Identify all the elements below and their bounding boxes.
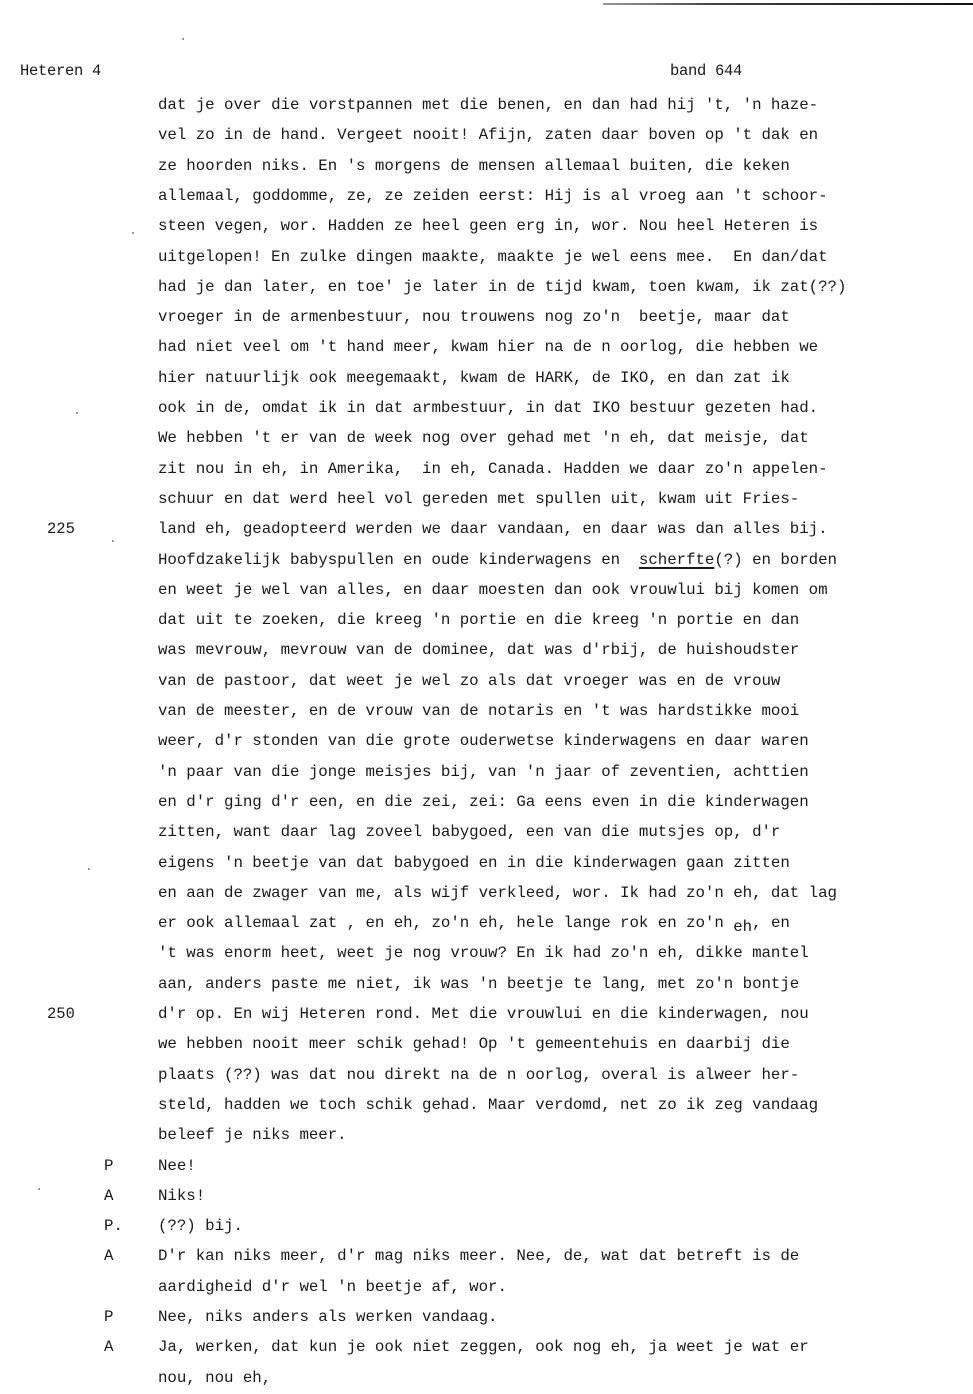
transcript-line: en aan de zwager van me, als wijf verkle… [158,883,837,903]
transcript-line: ook in de, omdat ik in dat armbestuur, i… [158,398,818,418]
transcript-line: ze hoorden niks. En 's morgens de mensen… [158,156,790,176]
transcript-line: en weet je wel van alles, en daar moeste… [158,580,828,600]
transcript-line: schuur en dat werd heel vol gereden met … [158,489,799,509]
transcript-line: had je dan later, en toe' je later in de… [158,277,846,297]
transcript-line: we hebben nooit meer schik gehad! Op 't … [158,1034,790,1054]
transcript-line: was mevrouw, mevrouw van de dominee, dat… [158,640,799,660]
scan-speck [38,1188,40,1190]
transcript-line: hier natuurlijk ook meegemaakt, kwam de … [158,368,790,388]
transcript-line: land eh, geadopteerd werden we daar vand… [158,519,828,539]
transcript-line: 'n paar van die jonge meisjes bij, van '… [158,762,809,782]
speaker-label: A [104,1246,113,1266]
tape-number: band 644 [670,62,742,80]
misaligned-text: eh [733,918,752,936]
transcript-line: zitten, want daar lag zoveel babygoed, e… [158,822,780,842]
transcript-line: uitgelopen! En zulke dingen maakte, maak… [158,247,828,267]
scan-speck [182,38,184,40]
transcript-line: van de pastoor, dat weet je wel zo als d… [158,671,780,691]
scan-speck [132,232,134,234]
transcript-line: dat uit te zoeken, die kreeg 'n portie e… [158,610,799,630]
margin-line-number: 250 [47,1004,75,1024]
transcript-line: We hebben 't er van de week nog over geh… [158,428,809,448]
uncertain-word: scherfte [639,551,714,569]
dialogue-line: aardigheid d'r wel 'n beetje af, wor. [158,1277,507,1297]
scan-speck [88,868,90,870]
transcript-line: weer, d'r stonden van die grote ouderwet… [158,731,809,751]
transcript-line: van de meester, en de vrouw van de notar… [158,701,799,721]
transcript-line: plaats (??) was dat nou direkt na de n o… [158,1065,799,1085]
transcript-line: vroeger in de armenbestuur, nou trouwens… [158,307,790,327]
margin-line-number: 225 [47,519,75,539]
dialogue-line: D'r kan niks meer, d'r mag niks meer. Ne… [158,1246,799,1266]
dialogue-line: Ja, werken, dat kun je ook niet zeggen, … [158,1337,809,1357]
transcript-line: beleef je niks meer. [158,1125,347,1145]
scan-speck [112,540,114,542]
transcript-line: en d'r ging d'r een, en die zei, zei: Ga… [158,792,809,812]
transcript-line: aan, anders paste me niet, ik was 'n bee… [158,974,799,994]
transcript-line: steen vegen, wor. Hadden ze heel geen er… [158,216,818,236]
transcript-line: 't was enorm heet, weet je nog vrouw? En… [158,943,809,963]
transcript-line: steld, hadden we toch schik gehad. Maar … [158,1095,818,1115]
speaker-label: P [104,1156,113,1176]
transcript-line: eigens 'n beetje van dat babygoed en in … [158,853,790,873]
transcript-line: vel zo in de hand. Vergeet nooit! Afijn,… [158,125,818,145]
dialogue-line: Nee, niks anders als werken vandaag. [158,1307,497,1327]
speaker-label: A [104,1186,113,1206]
scan-speck [76,412,78,414]
speaker-label: A [104,1337,113,1357]
speaker-label: P. [104,1216,123,1236]
transcript-line: Hoofdzakelijk babyspullen en oude kinder… [158,550,837,570]
transcript-line: had niet veel om 't hand meer, kwam hier… [158,337,818,357]
transcript-line: er ook allemaal zat , en eh, zo'n eh, he… [158,913,790,933]
transcript-line: d'r op. En wij Heteren rond. Met die vro… [158,1004,809,1024]
speaker-label: P [104,1307,113,1327]
dialogue-line: (??) bij. [158,1216,243,1236]
dialogue-line: nou, nou eh, [158,1368,271,1388]
document-title: Heteren 4 [20,62,101,80]
dialogue-line: Nee! [158,1156,196,1176]
transcript-line: dat je over die vorstpannen met die bene… [158,95,818,115]
dialogue-line: Niks! [158,1186,205,1206]
scan-top-rule [603,3,973,5]
transcript-line: zit nou in eh, in Amerika, in eh, Canada… [158,459,828,479]
transcript-line: allemaal, goddomme, ze, ze zeiden eerst:… [158,186,828,206]
